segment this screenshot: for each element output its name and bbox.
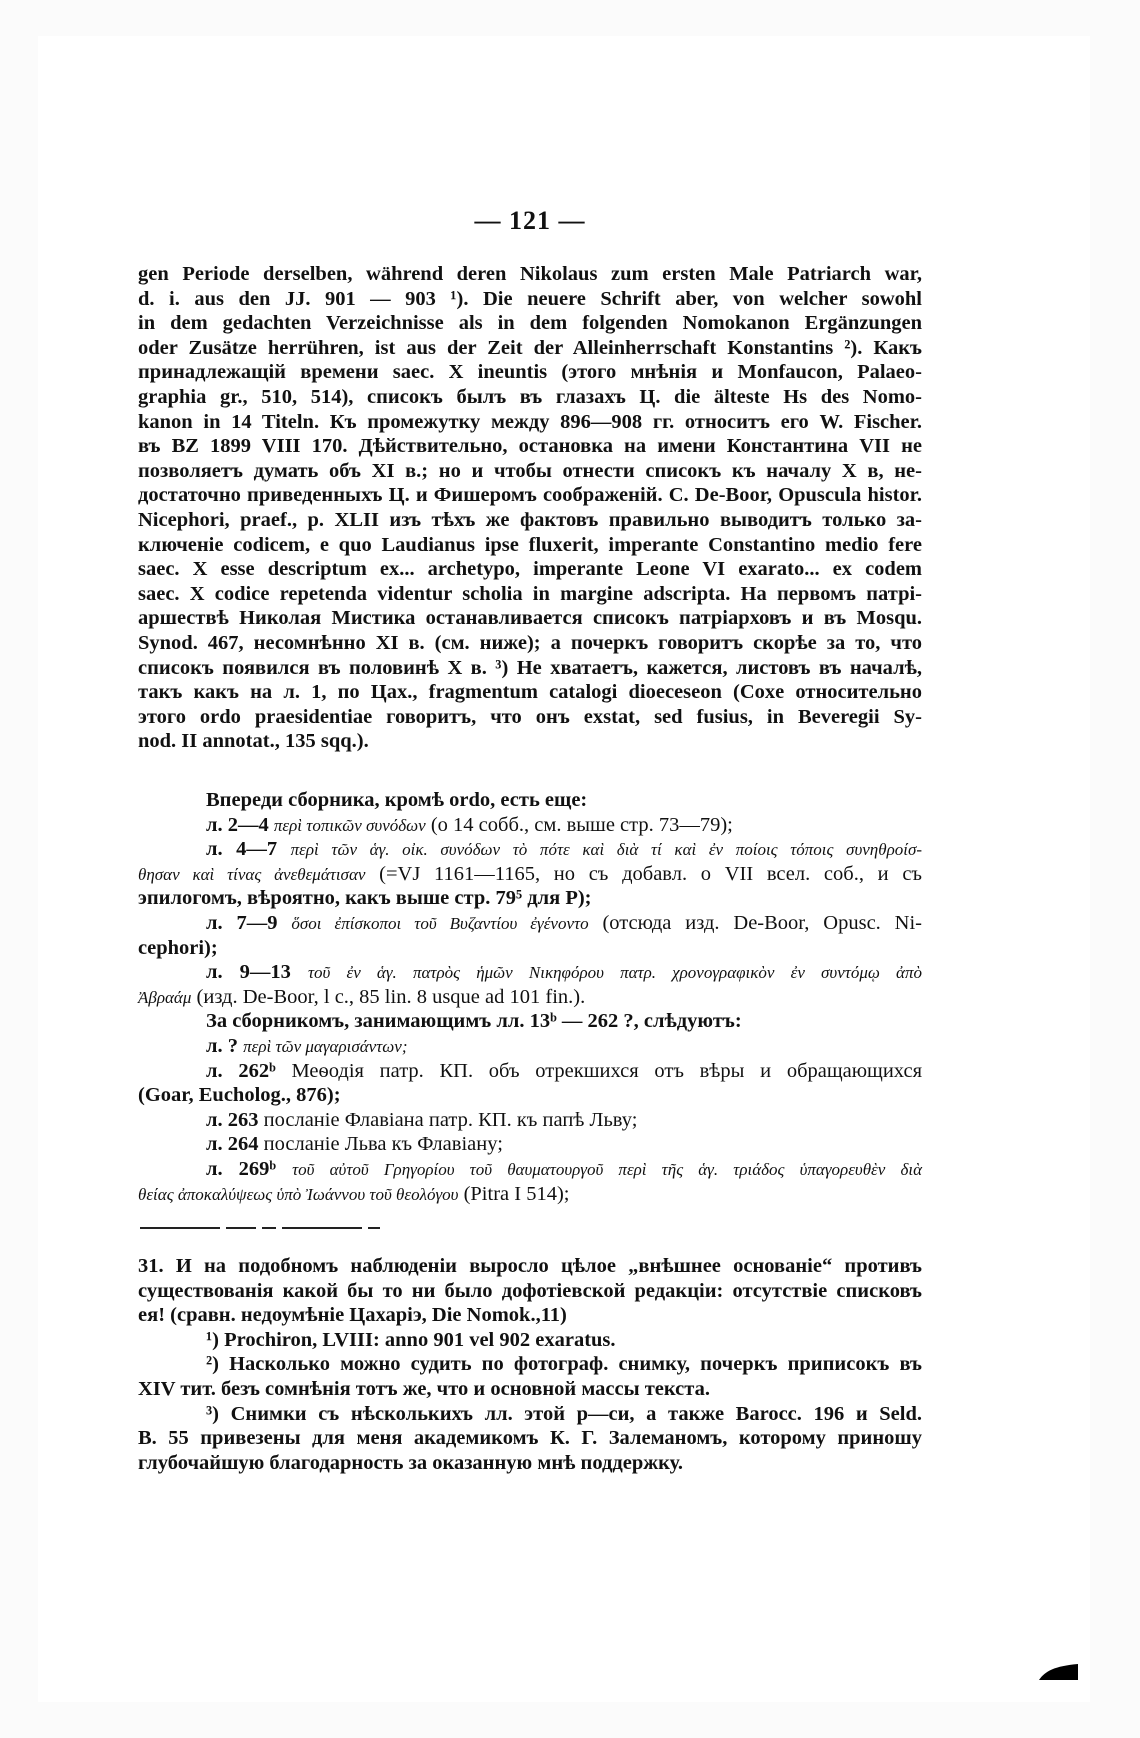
contents-item: л. 269ᵇ τοῦ αὐτοῦ Γρηγορίου τοῦ θαυματου… xyxy=(138,1157,922,1182)
text-line: въ BZ 1899 VIII 170. Дѣйствительно, оста… xyxy=(138,434,922,459)
footnote-3-line: глубочайшую благодарность за оказанную м… xyxy=(138,1451,922,1476)
contents-item: л. 263 посланіе Флавіана патр. КП. къ па… xyxy=(138,1108,922,1133)
text-line: этого ordo praesidentiae говоритъ, что о… xyxy=(138,705,922,730)
text-line: d. i. aus den JJ. 901 — 903 ¹). Die neue… xyxy=(138,287,922,312)
text-line: списокъ появился въ половинѣ X в. ³) Не … xyxy=(138,656,922,681)
footnotes: 31. И на подобномъ наблюденіи выросло цѣ… xyxy=(138,1254,922,1475)
contents-section: Впереди сборника, кромѣ ordo, есть еще: … xyxy=(138,788,922,1206)
text-line: принадлежащій времени saec. X ineuntis (… xyxy=(138,360,922,385)
text-line: kanon in 14 Titeln. Къ промежутку между … xyxy=(138,410,922,435)
footnote-31-line: ея! (сравн. недоумѣніе Цахаріэ, Die Nomo… xyxy=(138,1303,922,1328)
text-line: аршествѣ Николая Мистика останавливается… xyxy=(138,606,922,631)
footnote-31-line: существованія какой бы то ни было дофоті… xyxy=(138,1279,922,1304)
text-line: такъ какъ на л. 1, по Цах., fragmentum c… xyxy=(138,680,922,705)
text-line: gen Periode derselben, während deren Nik… xyxy=(138,262,922,287)
text-line: oder Zusätze herrühren, ist aus der Zeit… xyxy=(138,336,922,361)
contents-item: л. 2—4 περὶ τοπικῶν συνόδων (о 14 собб.,… xyxy=(138,813,922,838)
text-line: in dem gedachten Verzeichnisse als in de… xyxy=(138,311,922,336)
contents-item: л. 7—9 ὅσοι ἐπίσκοποι τοῦ Βυζαντίου ἐγέν… xyxy=(138,911,922,936)
text-line: saec. X codice repetenda videntur scholi… xyxy=(138,582,922,607)
text-line: saec. X esse descriptum ex... archetypo,… xyxy=(138,557,922,582)
footnote-1: ¹) Prochiron, LVIII: anno 901 vel 902 ex… xyxy=(138,1328,922,1353)
text-line: nod. II annotat., 135 sqq.). xyxy=(138,729,922,754)
text-line: достаточно приведенныхъ Ц. и Фишеромъ со… xyxy=(138,483,922,508)
contents-item: л. ? περὶ τῶν μαγαρισάντων; xyxy=(138,1034,922,1059)
footnote-separator-rule xyxy=(140,1227,380,1229)
following-intro: За сборникомъ, занимающимъ лл. 13ᵇ — 262… xyxy=(138,1009,922,1034)
contents-item: л. 4—7 περὶ τῶν ἁγ. οἰκ. συνόδων τὸ πότε… xyxy=(138,837,922,862)
footnote-31-line: 31. И на подобномъ наблюденіи выросло цѣ… xyxy=(138,1254,922,1279)
footnote-3-line: B. 55 привезены для меня академикомъ К. … xyxy=(138,1426,922,1451)
contents-item: л. 9—13 τοῦ ἐν ἁγ. πατρὸς ἡμῶν Νικηφόρου… xyxy=(138,960,922,985)
scan-corner-mark-icon xyxy=(1037,1661,1079,1681)
text-line: Nicephori, praef., p. XLII изъ тѣхъ же ф… xyxy=(138,508,922,533)
text-line: ключеніе codicem, e quo Laudianus ipse f… xyxy=(138,533,922,558)
contents-intro: Впереди сборника, кромѣ ordo, есть еще: xyxy=(138,788,922,813)
contents-item-cont: θησαν καὶ τίνας ἀνεθεμάτισαν (=VJ 1161—1… xyxy=(138,862,922,887)
contents-item-cont: Ἀβραάμ (изд. De-Boor, l c., 85 lin. 8 us… xyxy=(138,985,922,1010)
contents-item-cont: (Goar, Eucholog., 876); xyxy=(138,1083,922,1108)
text-line: graphia gr., 510, 514), списокъ былъ въ … xyxy=(138,385,922,410)
contents-item: л. 264 посланіе Льва къ Флавіану; xyxy=(138,1132,922,1157)
footnote-2-line: ²) Насколько можно судить по фотограф. с… xyxy=(138,1352,922,1377)
contents-item-cont: эпилогомъ, вѣроятно, какъ выше стр. 79⁵ … xyxy=(138,886,922,911)
contents-item: л. 262ᵇ Меѳодія патр. КП. объ отрекшихся… xyxy=(138,1059,922,1084)
page-number: — 121 — xyxy=(0,206,1060,236)
footnote-3-line: ³) Снимки съ нѣсколькихъ лл. этой р—си, … xyxy=(138,1402,922,1427)
main-paragraph: gen Periode derselben, während deren Nik… xyxy=(138,262,922,754)
contents-item-cont: θείας ἀποκαλύψεως ὑπὸ Ἰωάννου τοῦ θεολόγ… xyxy=(138,1182,922,1207)
contents-item-cont: cephori); xyxy=(138,936,922,961)
text-line: Synod. 467, несомнѣнно XI в. (см. ниже);… xyxy=(138,631,922,656)
footnote-2-line: XIV тит. безъ сомнѣнія тотъ же, что и ос… xyxy=(138,1377,922,1402)
text-line: позволяетъ думать объ XI в.; но и чтобы … xyxy=(138,459,922,484)
